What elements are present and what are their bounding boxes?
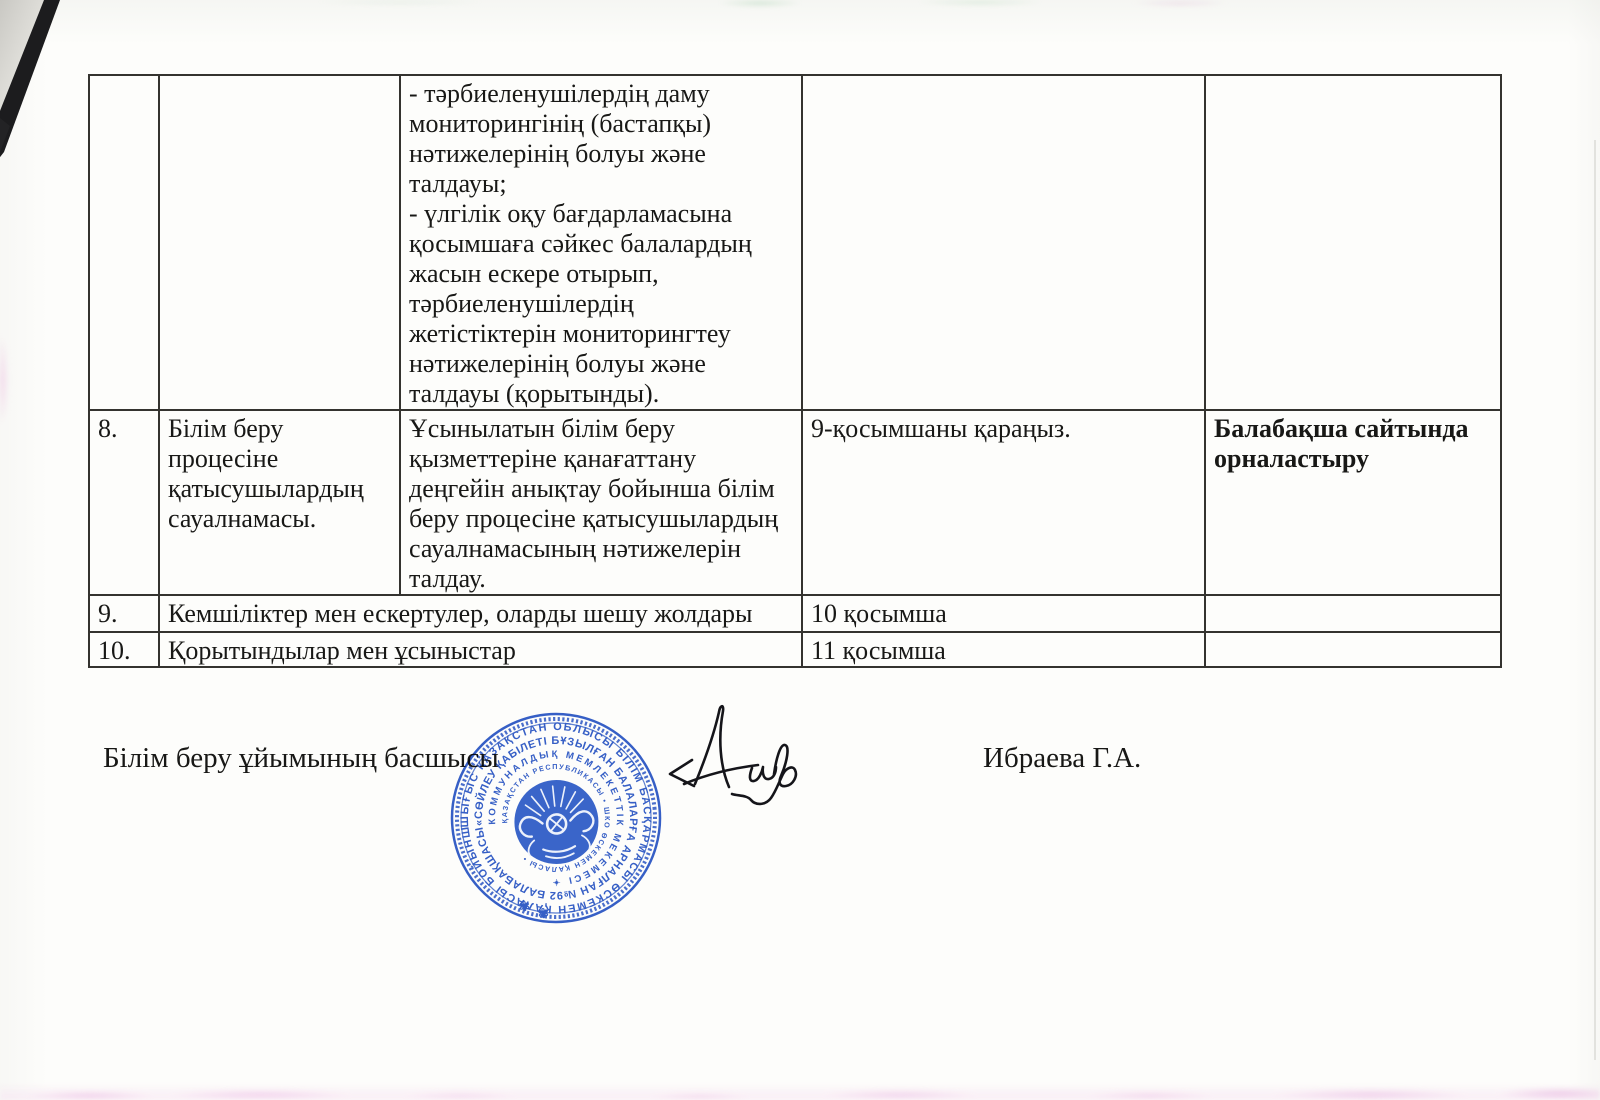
- activities-cell: Ұсынылатын білім беру қызметтеріне қанағ…: [400, 410, 802, 595]
- appendix-cell: 9-қосымшаны қараңыз.: [802, 410, 1205, 595]
- stamp-floret-icon: ✾: [518, 898, 531, 914]
- table-row-9: 9. Кемшіліктер мен ескертулер, оларды ше…: [89, 595, 1501, 632]
- topic-cell: [159, 75, 400, 410]
- row-number-cell: 8.: [89, 410, 159, 595]
- page-root: - тәрбиеленушілердің даму мониторингінің…: [0, 0, 1600, 1100]
- scan-smudge-bottom: [0, 1080, 1600, 1100]
- stamp-floret-icon: ✾: [537, 905, 550, 921]
- placement-cell: Балабақша сайтында орналастыру: [1205, 410, 1501, 595]
- scan-smudge-top: [0, 0, 1600, 12]
- row-number-cell: 9.: [89, 595, 159, 632]
- merged-title-cell: Кемшіліктер мен ескертулер, оларды шешу …: [159, 595, 802, 632]
- placement-cell: [1205, 75, 1501, 410]
- table-row-10: 10. Қорытындылар мен ұсыныстар 11 қосымш…: [89, 632, 1501, 667]
- document-table: - тәрбиеленушілердің даму мониторингінің…: [88, 74, 1502, 668]
- placement-cell: [1205, 595, 1501, 632]
- corner-fold-artifact: [0, 0, 90, 175]
- handwritten-signature: [606, 684, 846, 824]
- signee-name: Ибраева Г.А.: [983, 742, 1141, 775]
- row-number-cell: 10.: [89, 632, 159, 667]
- appendix-cell: 11 қосымша: [802, 632, 1205, 667]
- paper-edge-line: [1594, 140, 1596, 1060]
- merged-title-cell: Қорытындылар мен ұсыныстар: [159, 632, 802, 667]
- scan-smudge-left: [0, 320, 12, 440]
- appendix-cell: 10 қосымша: [802, 595, 1205, 632]
- row-number-cell: [89, 75, 159, 410]
- table-row-8: 8. Білім беру процесіне қатысушылардың с…: [89, 410, 1501, 595]
- appendix-cell: [802, 75, 1205, 410]
- topic-cell: Білім беру процесіне қатысушылардың сауа…: [159, 410, 400, 595]
- placement-cell: [1205, 632, 1501, 667]
- activities-cell: - тәрбиеленушілердің даму мониторингінің…: [400, 75, 802, 410]
- table-row-continuation: - тәрбиеленушілердің даму мониторингінің…: [89, 75, 1501, 410]
